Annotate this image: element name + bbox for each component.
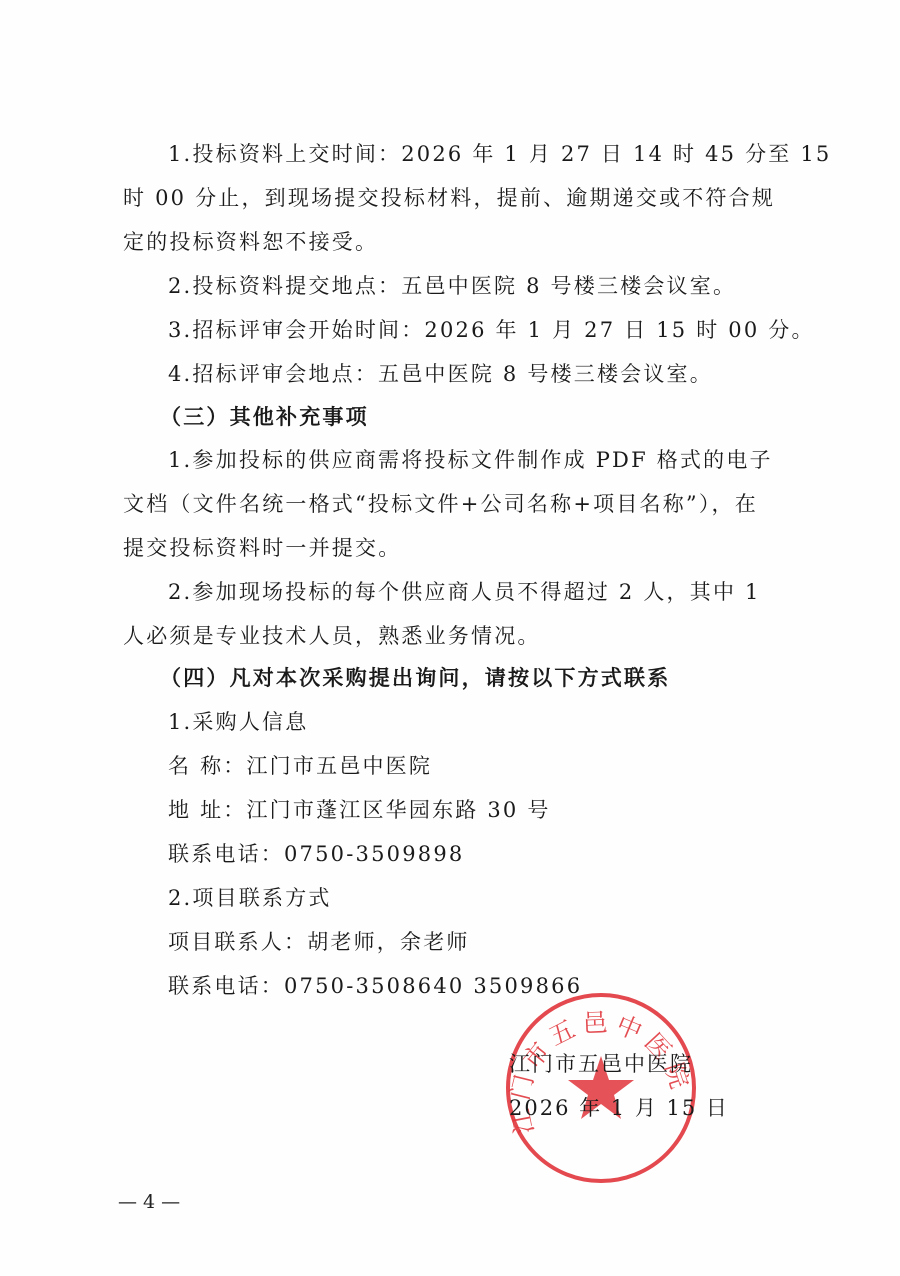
section-3-item-1-line-3: 提交投标资料时一并提交。: [123, 534, 401, 562]
section-4-heading: （四）凡对本次采购提出询问，请按以下方式联系: [160, 664, 670, 692]
signature-date: 2026 年 1 月 15 日: [509, 1094, 729, 1122]
page-number: — 4 —: [118, 1190, 180, 1214]
project-phone: 联系电话：0750-3508640 3509866: [168, 972, 582, 1000]
section-3-item-2-line-2: 人必须是专业技术人员，熟悉业务情况。: [123, 622, 541, 650]
section-3-item-1-line-1: 1.参加投标的供应商需将投标文件制作成 PDF 格式的电子: [168, 446, 773, 474]
section-3-item-2-line-1: 2.参加现场投标的每个供应商人员不得超过 2 人，其中 1: [168, 578, 761, 606]
section-3-heading: （三）其他补充事项: [160, 403, 369, 431]
paragraph-1-line-3: 定的投标资料恕不接受。: [123, 228, 378, 256]
paragraph-2: 2.投标资料提交地点：五邑中医院 8 号楼三楼会议室。: [168, 272, 736, 300]
signature-organization: 江门市五邑中医院: [509, 1050, 693, 1078]
purchaser-phone: 联系电话：0750-3509898: [168, 840, 464, 868]
purchaser-address: 地 址：江门市蓬江区华园东路 30 号: [168, 796, 551, 824]
project-contacts: 项目联系人：胡老师，余老师: [168, 928, 470, 956]
paragraph-3: 3.招标评审会开始时间：2026 年 1 月 27 日 15 时 00 分。: [168, 316, 815, 344]
paragraph-4: 4.招标评审会地点：五邑中医院 8 号楼三楼会议室。: [168, 360, 713, 388]
purchaser-info-title: 1.采购人信息: [168, 708, 308, 736]
document-page: 1.投标资料上交时间：2026 年 1 月 27 日 14 时 45 分至 15…: [0, 0, 900, 1276]
section-3-item-1-line-2: 文档（文件名统一格式“投标文件+公司名称+项目名称”），在: [123, 490, 758, 518]
paragraph-1-line-2: 时 00 分止，到现场提交投标材料，提前、逾期递交或不符合规: [123, 184, 775, 212]
project-contact-title: 2.项目联系方式: [168, 884, 332, 912]
purchaser-name: 名 称：江门市五邑中医院: [168, 752, 432, 780]
official-seal-stamp: 江门市五邑中医院: [503, 990, 699, 1186]
paragraph-1-line-1: 1.投标资料上交时间：2026 年 1 月 27 日 14 时 45 分至 15: [168, 140, 831, 168]
